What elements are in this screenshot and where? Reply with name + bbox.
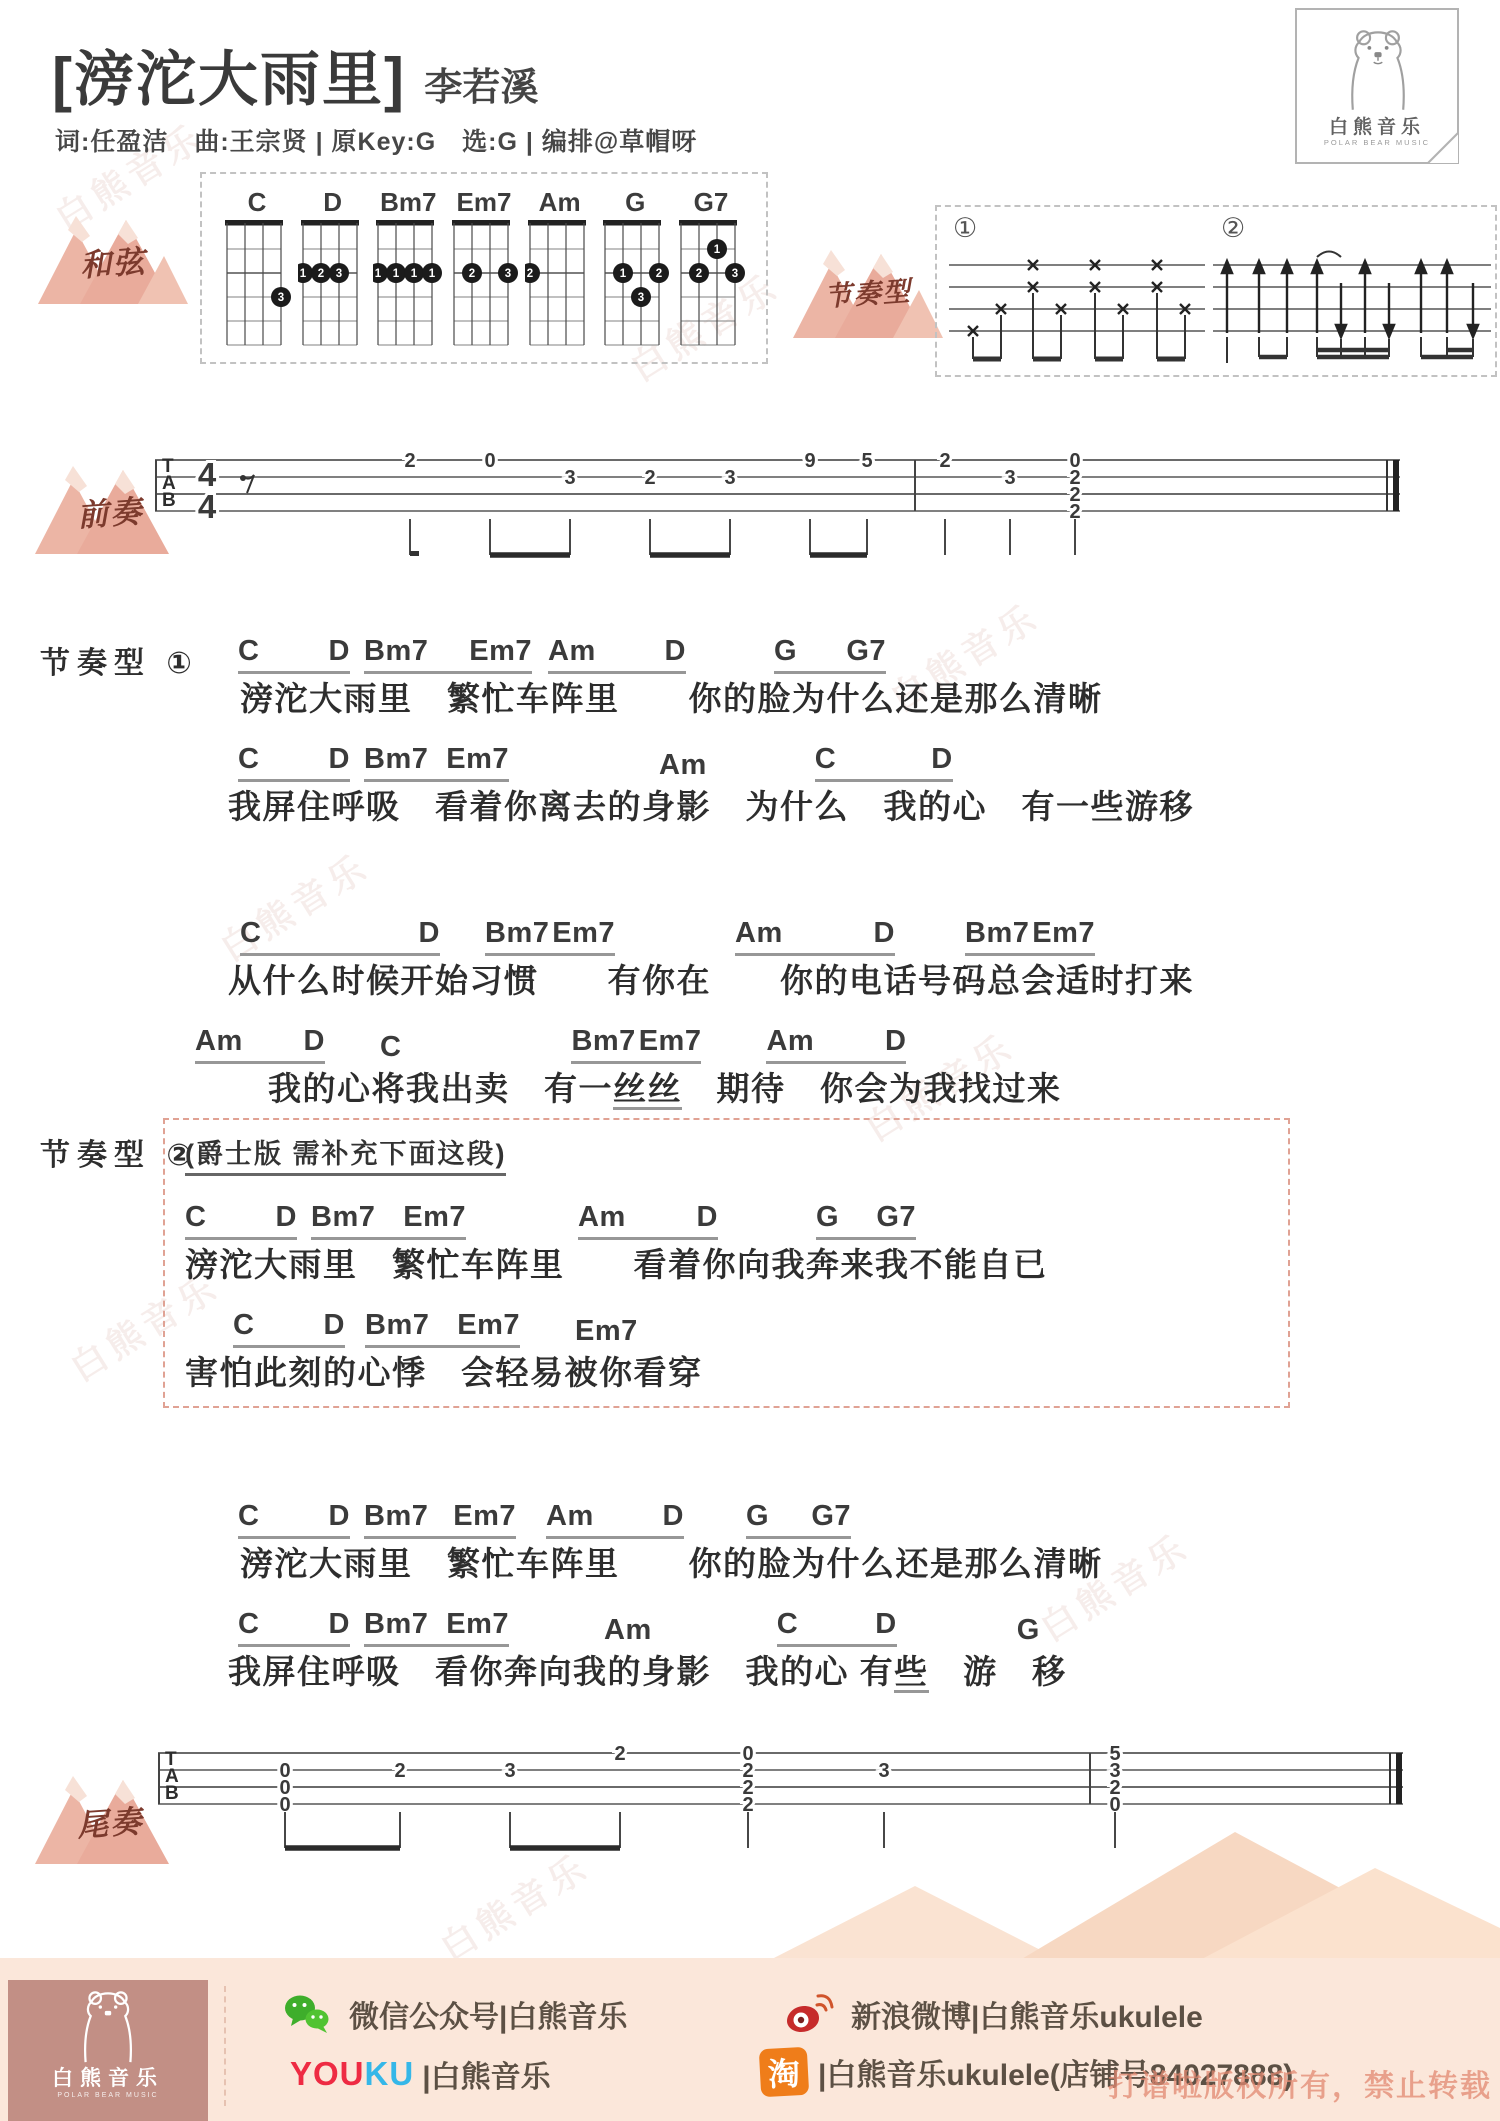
chord-group: Am	[659, 749, 707, 782]
footer-brand-cn: 白熊音乐	[8, 2062, 208, 2092]
chord-symbol: Em7	[1032, 917, 1095, 950]
chord-symbol: Bm7	[364, 635, 428, 668]
chord-symbol: D	[874, 917, 895, 950]
chord-group: AmD	[546, 1500, 684, 1539]
svg-text:5: 5	[861, 452, 872, 472]
chord-symbol: D	[329, 743, 350, 776]
chord-group: Bm7Em7	[364, 635, 532, 674]
chord-symbol: C	[238, 635, 259, 668]
svg-text:2: 2	[404, 452, 415, 472]
svg-text:2: 2	[469, 268, 475, 280]
chord-symbol: Em7	[639, 1025, 702, 1058]
chord-symbol: D	[419, 917, 440, 950]
lyric-segment: 滂沱大雨里 繁忙车阵里 看着你向我奔来我不能自已	[185, 1246, 1048, 1283]
lyric-line: 我屏住呼吸 看着你离去的身影 为什么 我的心 有一些游移	[228, 782, 1478, 834]
chord-diagrams-box: C3D123Bm71111Em723Am2G123G7123	[200, 172, 768, 364]
chord-group: Am	[604, 1614, 652, 1647]
lyric-line: 滂沱大雨里 繁忙车阵里 你的脸为什么还是那么清晰	[240, 674, 1478, 726]
chord-group: GG7	[746, 1500, 851, 1539]
chord-name: C	[222, 188, 292, 218]
chord-symbol: D	[665, 635, 686, 668]
artist-name: 李若溪	[424, 56, 538, 111]
chord-symbol: G7	[811, 1500, 851, 1533]
chord-group: Bm7Em7	[365, 1309, 520, 1348]
svg-text:3: 3	[1004, 467, 1015, 489]
chord-symbol: C	[240, 917, 261, 950]
chord-sheet-page: 白熊音乐 白熊音乐 白熊音乐 白熊音乐 白熊音乐 白熊音乐 白熊音乐 白熊音乐 …	[0, 0, 1500, 2121]
chord-name: Am	[525, 188, 595, 218]
chord-symbol: Em7	[403, 1201, 466, 1234]
lyric-segment: 丝丝	[613, 1070, 682, 1110]
copyright-watermark: 打谱啦版权所有，禁止转载	[1108, 2061, 1492, 2105]
spacer	[240, 1008, 1480, 1020]
chord-symbol: G	[1017, 1614, 1040, 1647]
chord-group: CD	[238, 635, 350, 674]
chord-symbol: Bm7	[485, 917, 549, 950]
chord-symbol: G7	[876, 1201, 916, 1234]
chord-symbol: G	[816, 1201, 839, 1234]
chord-name: G7	[676, 188, 746, 218]
chord-group: G	[1017, 1614, 1040, 1647]
chord-line: CDBm7Em7Em7	[233, 1304, 1268, 1348]
pattern-2-number: ②	[1221, 213, 1245, 244]
lyric-segment: 滂沱大雨里 繁忙车阵里 你的脸为什么还是那么清晰	[240, 1545, 1103, 1582]
chord-symbol: C	[380, 1031, 401, 1064]
chord-symbol: Bm7	[364, 743, 428, 776]
chord-group: Em7	[575, 1315, 638, 1348]
chord-symbol: Em7	[446, 1608, 509, 1641]
credits-line: 词:任盈洁 曲:王宗贤 | 原Key:G 选:G | 编排@草帽呀	[55, 122, 697, 158]
svg-text:3: 3	[732, 268, 738, 280]
chord-symbol: Am	[578, 1201, 626, 1234]
chord-symbol: Bm7	[364, 1500, 428, 1533]
chord-line: CDBm7Em7AmCD	[238, 738, 1478, 782]
chord-name: G	[600, 188, 670, 218]
svg-text:2: 2	[656, 268, 662, 280]
chord-name: D	[298, 188, 368, 218]
chord-symbol: C	[238, 1608, 259, 1641]
chord-diagram-G: G123	[600, 188, 670, 352]
chord-symbol: Am	[546, 1500, 594, 1533]
svg-text:2: 2	[614, 1745, 625, 1765]
lyric-segment: 些	[894, 1653, 929, 1693]
chord-group: AmD	[735, 917, 895, 956]
svg-text:9: 9	[804, 452, 815, 472]
chord-symbol: D	[329, 635, 350, 668]
chord-symbol: Em7	[575, 1315, 638, 1348]
svg-text:2: 2	[939, 452, 950, 472]
chord-name: Bm7	[373, 188, 443, 218]
chord-symbol: Bm7	[365, 1309, 429, 1342]
chord-grid: 2	[525, 218, 595, 352]
svg-text:0: 0	[484, 452, 495, 472]
rhythm-patterns-box: ① ②	[935, 205, 1497, 377]
chord-symbol: D	[324, 1309, 345, 1342]
chord-line: CDBm7Em7AmDGG7	[238, 630, 1478, 674]
chord-group: Bm7Em7	[364, 1608, 509, 1647]
svg-text:2: 2	[317, 268, 323, 280]
chord-line: CDBm7Em7AmCDG	[238, 1603, 1478, 1647]
svg-text:2: 2	[696, 268, 702, 280]
jazz-version-box: (爵士版 需补充下面这段) CDBm7Em7AmDGG7滂沱大雨里 繁忙车阵里 …	[163, 1118, 1290, 1408]
chord-grid: 23	[449, 218, 519, 352]
chord-symbol: G	[774, 635, 797, 668]
chord-symbol: Em7	[552, 917, 615, 950]
youku-text: |白熊音乐	[422, 2052, 550, 2096]
chord-group: AmD	[578, 1201, 718, 1240]
chord-grid: 1111	[373, 218, 443, 352]
svg-text:3: 3	[724, 467, 735, 489]
chord-grid: 3	[222, 218, 292, 352]
svg-text:3: 3	[878, 1760, 889, 1782]
lyric-segment: 我屏住呼吸 看你奔向我的身影 我的心 有	[228, 1653, 894, 1690]
lyric-segment: 我的心将我出卖 有一	[268, 1070, 613, 1107]
chord-line: AmDCBm7Em7AmD	[195, 1020, 1480, 1064]
lyric-segment: 害怕此刻的心悸 会轻易被你看穿	[185, 1354, 703, 1391]
chord-group: CD	[815, 743, 953, 782]
wechat-account: 微信公众号|白熊音乐	[283, 1992, 627, 2036]
svg-text:1: 1	[429, 268, 436, 280]
chord-line: CDBm7Em7AmDGG7	[185, 1196, 1268, 1240]
weibo-text: 新浪微博|白熊音乐ukulele	[851, 1992, 1203, 2036]
lyric-segment: 滂沱大雨里 繁忙车阵里 你的脸为什么还是那么清晰	[240, 680, 1103, 717]
chord-symbol: D	[663, 1500, 684, 1533]
lyric-segment: 期待 你会为我找过来	[682, 1070, 1062, 1107]
chord-group: AmD	[195, 1025, 325, 1064]
chord-symbol: Bm7	[571, 1025, 635, 1058]
svg-text:3: 3	[505, 268, 511, 280]
svg-text:B: B	[162, 490, 176, 511]
intro-tab: TAB442032395230222	[155, 452, 1400, 587]
chord-diagram-Bm7: Bm71111	[373, 188, 443, 352]
chord-symbol: D	[875, 1608, 896, 1641]
chord-group: CD	[185, 1201, 297, 1240]
svg-text:2: 2	[394, 1760, 405, 1782]
chord-symbol: Am	[659, 749, 707, 782]
lyric-line: 滂沱大雨里 繁忙车阵里 看着你向我奔来我不能自已	[185, 1240, 1268, 1292]
svg-text:3: 3	[564, 467, 575, 489]
page-fold-decoration	[1427, 132, 1459, 164]
svg-text:1: 1	[299, 268, 306, 280]
chord-symbol: Bm7	[364, 1608, 428, 1641]
chord-diagram-G7: G7123	[676, 188, 746, 352]
lyric-line: 我的心将我出卖 有一丝丝 期待 你会为我找过来	[268, 1064, 1480, 1116]
svg-text:1: 1	[620, 268, 627, 280]
lyric-line: 害怕此刻的心悸 会轻易被你看穿	[185, 1348, 1268, 1400]
chord-group: Bm7Em7	[311, 1201, 466, 1240]
chord-symbol: Em7	[446, 743, 509, 776]
chord-symbol: D	[276, 1201, 297, 1234]
chord-symbol: D	[697, 1201, 718, 1234]
svg-text:1: 1	[714, 244, 721, 256]
chord-symbol: Am	[604, 1614, 652, 1647]
chord-diagram-D: D123	[298, 188, 368, 352]
intro-tab-notation: TAB442032395230222	[155, 452, 1400, 582]
chord-group: Bm7Em7	[965, 917, 1095, 956]
svg-text:2: 2	[526, 268, 532, 280]
chord-group: CD	[238, 1500, 350, 1539]
footer-divider	[224, 1986, 226, 2106]
chord-symbol: C	[238, 743, 259, 776]
chord-diagram-Em7: Em723	[449, 188, 519, 352]
wechat-text: 微信公众号|白熊音乐	[349, 1992, 627, 2036]
chord-symbol: D	[329, 1608, 350, 1641]
verse-2: CDBm7Em7AmDBm7Em7从什么时候开始习惯 有你在 你的电话号码总会适…	[240, 912, 1480, 1116]
svg-text:1: 1	[393, 268, 400, 280]
header: [滂沱大雨里] 李若溪	[52, 32, 538, 118]
chord-group: AmD	[548, 635, 686, 674]
chord-group: Bm7Em7	[364, 1500, 516, 1539]
chord-symbol: D	[304, 1025, 325, 1058]
lyric-line: 我屏住呼吸 看你奔向我的身影 我的心 有些 游 移	[228, 1647, 1478, 1699]
chord-symbol: D	[931, 743, 952, 776]
lyric-segment: 我屏住呼吸 看着你离去的身影 为什么 我的心 有一些游移	[228, 788, 1194, 825]
chord-symbol: C	[777, 1608, 798, 1641]
brand-logo-box: 白熊音乐 POLAR BEAR MUSIC	[1295, 8, 1459, 164]
youku-account: YOUKU |白熊音乐	[290, 2052, 551, 2096]
chord-symbol: C	[238, 1500, 259, 1533]
polar-bear-icon	[76, 1986, 140, 2064]
chord-group: AmD	[766, 1025, 906, 1064]
verse-1-label: 节奏型 ①	[40, 638, 199, 682]
section-label-chords: 和弦	[38, 212, 188, 304]
chord-symbol: C	[185, 1201, 206, 1234]
chord-group: CD	[777, 1608, 897, 1647]
chord-symbol: D	[885, 1025, 906, 1058]
chord-symbol: C	[815, 743, 836, 776]
youku-logo: YOU	[290, 2055, 365, 2093]
svg-text:B: B	[165, 1783, 179, 1804]
svg-text:3: 3	[504, 1760, 515, 1782]
lyric-segment: 从什么时候开始习惯 有你在 你的电话号码总会适时打来	[228, 962, 1194, 999]
footer-brand-en: POLAR BEAR MUSIC	[8, 2092, 208, 2099]
chord-symbol: Am	[735, 917, 783, 950]
footer: 白熊音乐 POLAR BEAR MUSIC 微信公众号|白熊音乐 新浪微博	[0, 1958, 1500, 2121]
lyric-line: 滂沱大雨里 繁忙车阵里 你的脸为什么还是那么清晰	[240, 1539, 1478, 1591]
chord-line: CDBm7Em7AmDGG7	[238, 1495, 1478, 1539]
chord-symbol: Em7	[453, 1500, 516, 1533]
spacer	[185, 1292, 1268, 1304]
outro-tab: TAB000232022235320	[158, 1745, 1403, 1880]
svg-text:4: 4	[198, 488, 217, 525]
svg-text:3: 3	[638, 292, 644, 304]
chord-group: CD	[240, 917, 440, 956]
picking-pattern-notation	[949, 249, 1209, 371]
spacer	[238, 726, 1478, 738]
verse-3: CDBm7Em7AmDGG7滂沱大雨里 繁忙车阵里 看着你向我奔来我不能自已CD…	[185, 1196, 1268, 1400]
chord-symbol: Em7	[457, 1309, 520, 1342]
svg-text:3: 3	[335, 268, 341, 280]
lyric-segment: 游 移	[929, 1653, 1067, 1690]
taobao-icon: 淘	[759, 2047, 809, 2097]
chord-symbol: C	[233, 1309, 254, 1342]
chord-symbol: Am	[548, 635, 596, 668]
lyric-line: 从什么时候开始习惯 有你在 你的电话号码总会适时打来	[228, 956, 1480, 1008]
chord-symbol: Am	[195, 1025, 243, 1058]
jazz-version-note: (爵士版 需补充下面这段)	[185, 1132, 506, 1176]
chord-group: CD	[233, 1309, 345, 1348]
chord-symbol: Bm7	[311, 1201, 375, 1234]
weibo-icon	[783, 1993, 835, 2035]
svg-text:3: 3	[278, 292, 284, 304]
strumming-pattern-notation	[1213, 249, 1493, 371]
chord-grid: 123	[298, 218, 368, 352]
chord-line: CDBm7Em7AmDBm7Em7	[240, 912, 1480, 956]
wechat-icon	[283, 1993, 333, 2035]
verse-1: CDBm7Em7AmDGG7滂沱大雨里 繁忙车阵里 你的脸为什么还是那么清晰CD…	[238, 630, 1478, 834]
page-title: [滂沱大雨里]	[52, 32, 406, 118]
chord-symbol: Em7	[469, 635, 532, 668]
chord-symbol: D	[329, 1500, 350, 1533]
spacer	[238, 1591, 1478, 1603]
chord-symbol: Bm7	[965, 917, 1029, 950]
verse-4: CDBm7Em7AmDGG7滂沱大雨里 繁忙车阵里 你的脸为什么还是那么清晰CD…	[238, 1495, 1478, 1699]
chord-group: Bm7Em7	[571, 1025, 701, 1064]
chord-symbol: Am	[766, 1025, 814, 1058]
svg-text:1: 1	[411, 268, 418, 280]
chord-name: Em7	[449, 188, 519, 218]
chord-symbol: G	[746, 1500, 769, 1533]
chord-group: CD	[238, 743, 350, 782]
youku-logo-ku: KU	[365, 2055, 415, 2093]
chord-group: CD	[238, 1608, 350, 1647]
chord-group: GG7	[774, 635, 886, 674]
footer-brand-block: 白熊音乐 POLAR BEAR MUSIC	[8, 1980, 208, 2121]
polar-bear-icon	[1342, 20, 1414, 116]
chord-grid: 123	[600, 218, 670, 352]
section-label-rhythm: 节奏型	[793, 246, 943, 338]
svg-text:2: 2	[644, 467, 655, 489]
svg-text:1: 1	[375, 268, 382, 280]
chord-diagram-Am: Am2	[525, 188, 595, 352]
chord-group: C	[380, 1031, 401, 1064]
weibo-account: 新浪微博|白熊音乐ukulele	[783, 1992, 1203, 2036]
pattern-1-number: ①	[953, 213, 977, 244]
chord-group: Bm7Em7	[485, 917, 615, 956]
chord-diagram-C: C3	[222, 188, 292, 352]
chord-grid: 123	[676, 218, 746, 352]
outro-tab-notation: TAB000232022235320	[158, 1745, 1403, 1875]
chord-symbol: G7	[846, 635, 886, 668]
chord-group: GG7	[816, 1201, 916, 1240]
chord-group: Bm7Em7	[364, 743, 509, 782]
